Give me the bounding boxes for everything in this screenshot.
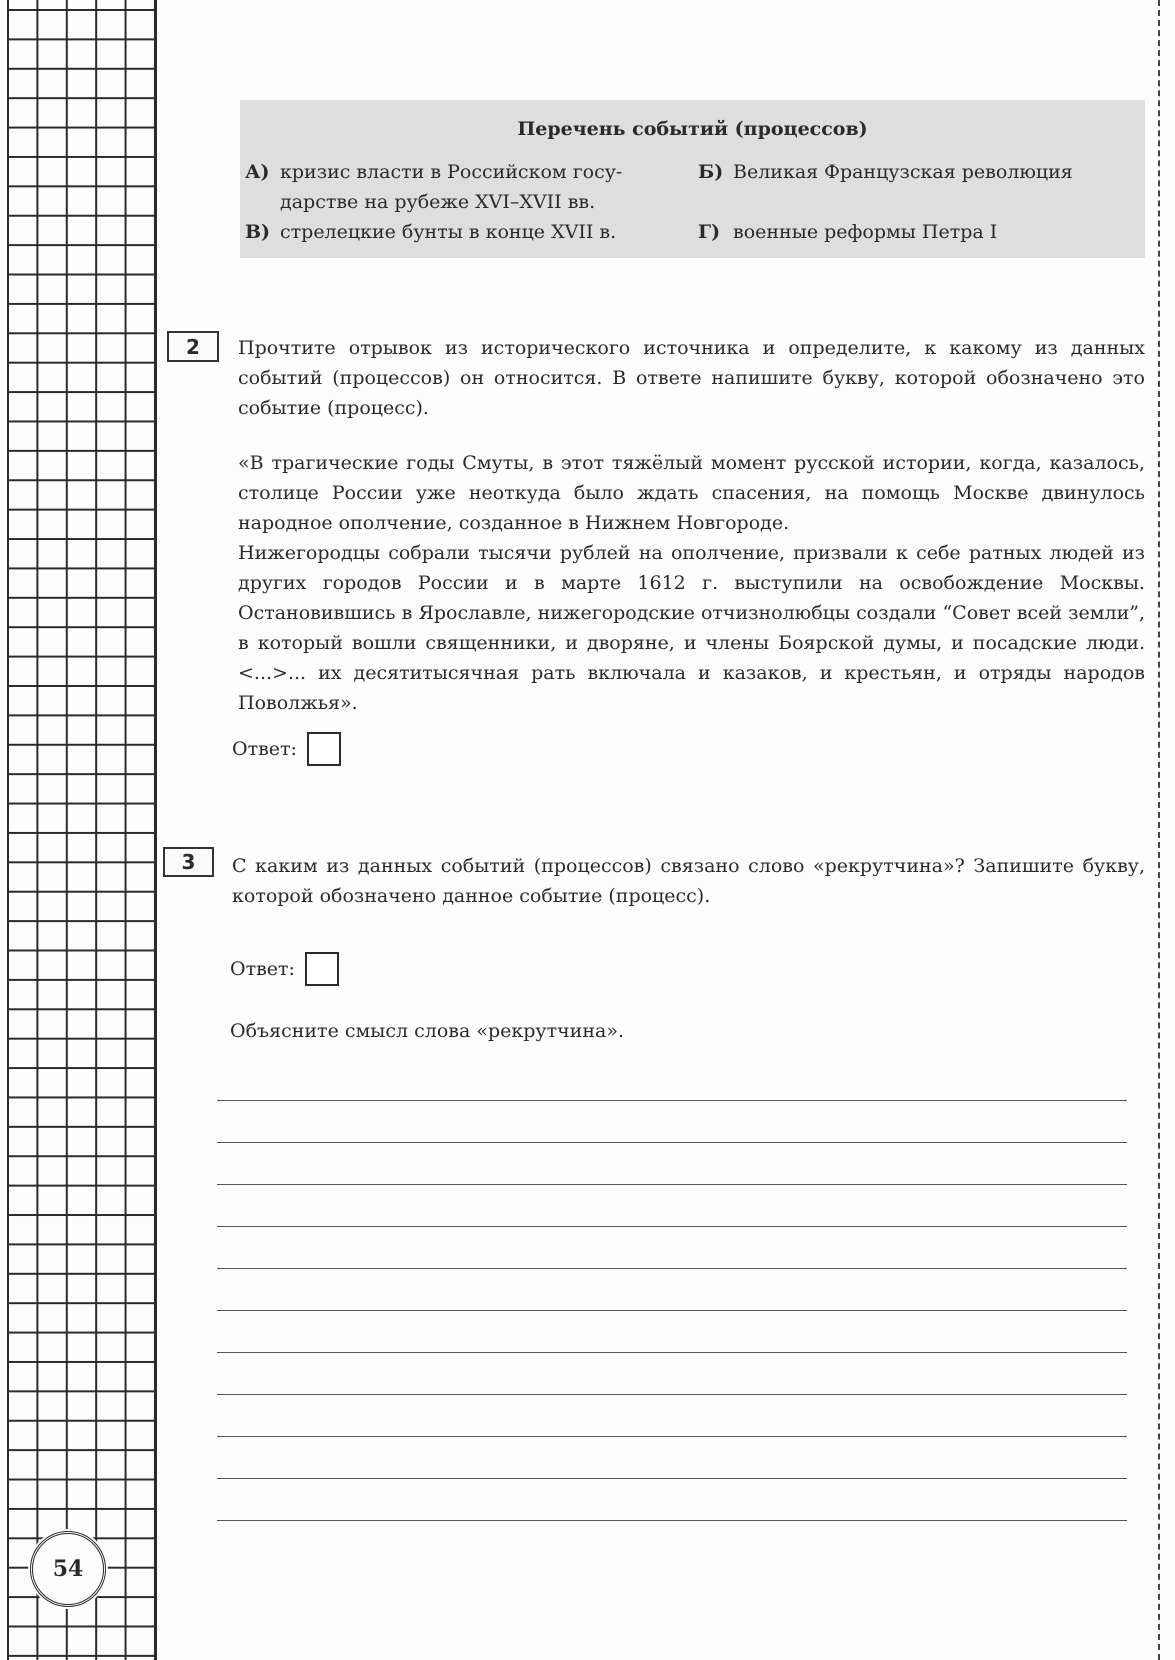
- event-letter: А): [245, 157, 269, 187]
- writing-line[interactable]: [217, 1394, 1127, 1436]
- cut-line: [1158, 0, 1160, 1660]
- event-item-a: А) кризис власти в Российском госу- дарс…: [245, 157, 665, 217]
- events-list-box: Перечень событий (процессов) А) кризис в…: [240, 100, 1145, 258]
- task-2-prompt: Прочтите отрывок из исторического источн…: [238, 333, 1145, 423]
- writing-line[interactable]: [217, 1520, 1127, 1562]
- event-item-g: Г) военные реформы Петра I: [698, 217, 1138, 247]
- task-number-3: 3: [163, 847, 214, 877]
- writing-line[interactable]: [217, 1226, 1127, 1268]
- writing-line[interactable]: [217, 1268, 1127, 1310]
- event-item-b: Б) Великая Французская революция: [698, 157, 1138, 187]
- task-3-answer: Ответ:: [230, 952, 339, 986]
- task-3-explain-prompt: Объясните смысл слова «рекрутчина».: [230, 1020, 624, 1042]
- answer-box[interactable]: [307, 732, 341, 766]
- event-text: военные реформы Петра I: [733, 217, 997, 247]
- task-2-answer: Ответ:: [232, 732, 341, 766]
- quote-paragraph-2: Нижегородцы собрали тысячи рублей на опо…: [238, 538, 1145, 718]
- event-text-line2: дарстве на рубеже XVI–XVII вв.: [280, 187, 595, 217]
- event-text: стрелецкие бунты в конце XVII в.: [280, 217, 616, 247]
- answer-label: Ответ:: [232, 738, 297, 760]
- event-text: Великая Французская революция: [733, 157, 1073, 187]
- events-list-title: Перечень событий (процессов): [240, 118, 1145, 140]
- event-letter: Г): [698, 217, 720, 247]
- event-letter: Б): [698, 157, 723, 187]
- answer-label: Ответ:: [230, 958, 295, 980]
- writing-line[interactable]: [217, 1100, 1127, 1142]
- event-item-v: В) стрелецкие бунты в конце XVII в.: [245, 217, 665, 247]
- quote-paragraph-1: «В трагические годы Смуты, в этот тяжёлы…: [238, 448, 1145, 538]
- writing-line[interactable]: [217, 1310, 1127, 1352]
- writing-line[interactable]: [217, 1184, 1127, 1226]
- event-text-line1: кризис власти в Российском госу-: [280, 157, 622, 187]
- task-number-2: 2: [167, 331, 219, 362]
- writing-line[interactable]: [217, 1142, 1127, 1184]
- answer-box[interactable]: [305, 952, 339, 986]
- task-3-prompt: С каким из данных событий (процессов) св…: [232, 851, 1145, 911]
- graph-paper-margin: [7, 0, 157, 1660]
- writing-lines[interactable]: [217, 1100, 1127, 1562]
- task-2-source-quote: «В трагические годы Смуты, в этот тяжёлы…: [238, 448, 1145, 718]
- page-number: 54: [30, 1531, 106, 1607]
- writing-line[interactable]: [217, 1436, 1127, 1478]
- writing-line[interactable]: [217, 1352, 1127, 1394]
- page-number-text: 54: [53, 1556, 84, 1582]
- writing-line[interactable]: [217, 1478, 1127, 1520]
- event-letter: В): [245, 217, 270, 247]
